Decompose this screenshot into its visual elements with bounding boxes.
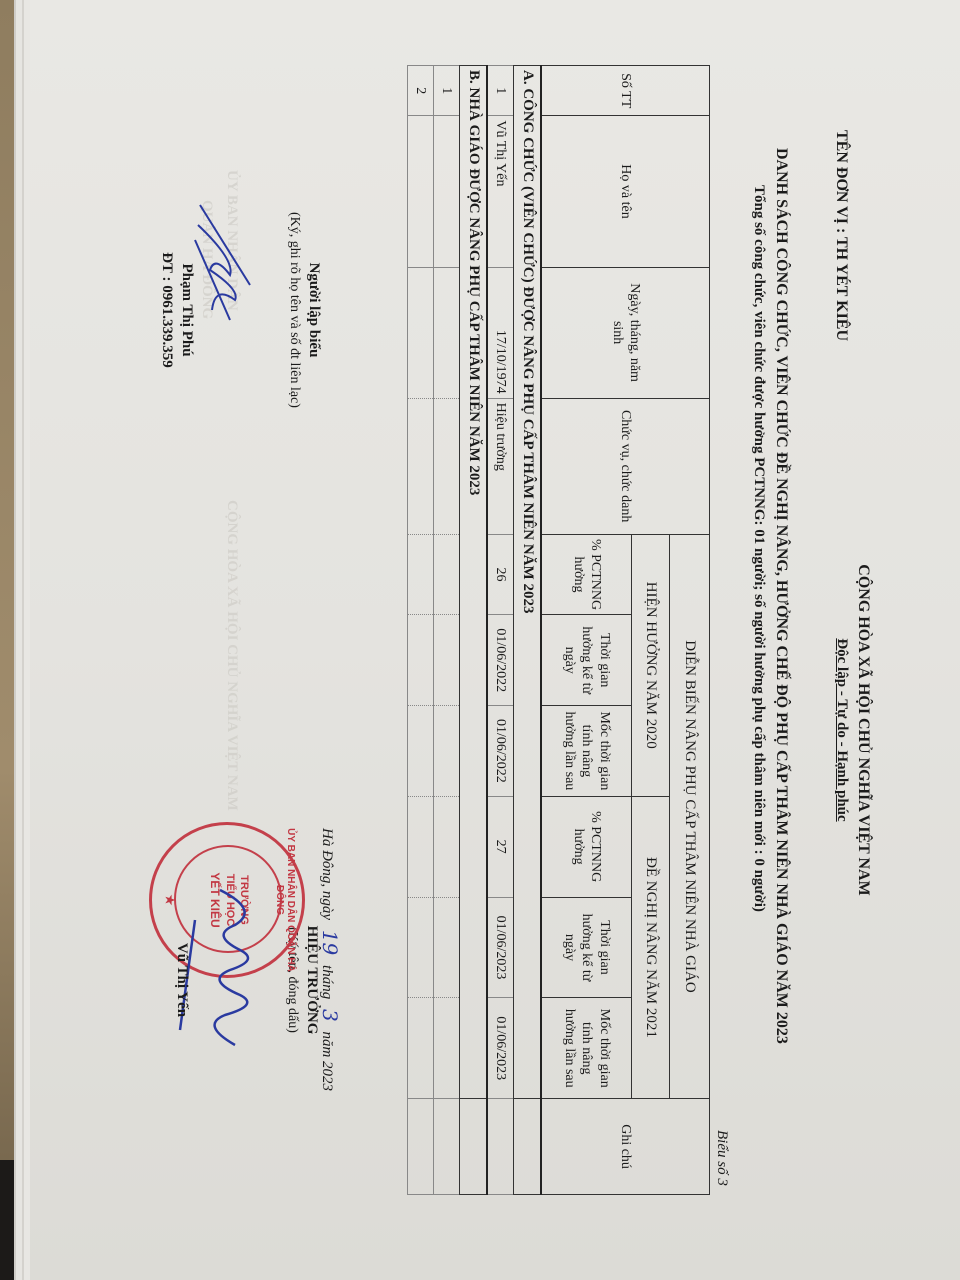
section-a-note-cell bbox=[514, 1099, 542, 1195]
national-title: CỘNG HÒA XÃ HỘI CHỦ NGHĨA VIỆT NAM bbox=[854, 520, 872, 940]
cell-next-current: 01/06/2022 bbox=[488, 706, 514, 797]
header-stt: Số TT bbox=[542, 66, 710, 116]
section-b-note-cell bbox=[460, 1099, 488, 1195]
section-b-heading: B. NHÀ GIÁO ĐƯỢC NÂNG PHỤ CẤP THÂM NIÊN … bbox=[460, 66, 488, 1099]
preparer-signature-icon bbox=[190, 200, 260, 340]
unit-name: TÊN ĐƠN VỊ : TH YÉT KIÊU bbox=[832, 130, 850, 341]
cell-note bbox=[408, 1099, 434, 1195]
header-note: Ghi chú bbox=[542, 1099, 710, 1195]
header-position: Chức vụ, chức danh bbox=[542, 398, 710, 534]
cell-next-current bbox=[408, 706, 434, 797]
cell-pct-proposed: 27 bbox=[488, 796, 514, 897]
allowance-table: Số TT Họ và tên Ngày, tháng, năm sinh Ch… bbox=[407, 65, 710, 1195]
year-label: năm 2023 bbox=[319, 1031, 335, 1091]
cell-pct-current: 26 bbox=[488, 534, 514, 615]
cell-from-current: 01/06/2022 bbox=[488, 615, 514, 706]
cell-from-proposed: 01/06/2023 bbox=[488, 897, 514, 998]
cell-pct-current bbox=[434, 534, 460, 615]
cell-position bbox=[408, 398, 434, 534]
cell-stt: 1 bbox=[488, 66, 514, 116]
national-motto: Độc lập - Tự do - Hạnh phúc bbox=[833, 520, 850, 940]
cell-from-current bbox=[434, 615, 460, 706]
header-next-current: Mốc thời gian tính nâng hưởng lần sau bbox=[542, 706, 632, 797]
place-date: Hà Đông, ngày 19 tháng 3 năm 2023 bbox=[318, 828, 342, 1091]
table-row: 1 bbox=[434, 66, 460, 1195]
document-title: DANH SÁCH CÔNG CHỨC, VIÊN CHỨC ĐỀ NGHỊ N… bbox=[772, 148, 790, 1044]
cell-next-proposed: 01/06/2023 bbox=[488, 998, 514, 1099]
bleed-through-text: CỘNG HÒA XÃ HỘI CHỦ NGHĨA VIỆT NAM bbox=[223, 500, 240, 811]
cell-next-proposed bbox=[408, 998, 434, 1099]
cell-position bbox=[434, 398, 460, 534]
header-allowance-group: DIỄN BIẾN NÂNG PHỤ CẤP THÂM NIÊN NHÀ GIÁ… bbox=[670, 534, 710, 1098]
header-proposed: ĐỀ NGHỊ NÂNG NĂM 2021 bbox=[632, 796, 670, 1098]
cell-name: Vũ Thị Yến bbox=[488, 116, 514, 267]
handwritten-day: 19 bbox=[318, 924, 342, 961]
cell-from-proposed bbox=[408, 897, 434, 998]
cell-from-proposed bbox=[434, 897, 460, 998]
cell-note bbox=[488, 1099, 514, 1195]
cell-dob bbox=[434, 267, 460, 398]
table-row: 1 Vũ Thị Yến 17/10/1974 Hiệu trưởng 26 0… bbox=[488, 66, 514, 1195]
header-from-current: Thời gian hưởng kể từ ngày bbox=[542, 615, 632, 706]
header-pct-current: % PCTNNG hưởng bbox=[542, 534, 632, 615]
cell-stt: 1 bbox=[434, 66, 460, 116]
principal-name: Vũ Thị Yến bbox=[173, 880, 190, 1080]
header-next-proposed: Mốc thời gian tính nâng hưởng lần sau bbox=[542, 998, 632, 1099]
cell-pct-current bbox=[408, 534, 434, 615]
motto-text: Độc lập - Tự do - Hạnh phúc bbox=[834, 638, 850, 821]
principal-title: HIỆU TRƯỞNG bbox=[303, 880, 320, 1080]
cell-pct-proposed bbox=[434, 796, 460, 897]
month-label: tháng bbox=[319, 965, 335, 999]
header-from-proposed: Thời gian hưởng kể từ ngày bbox=[542, 897, 632, 998]
header-current: HIỆN HƯỞNG NĂM 2020 bbox=[632, 534, 670, 796]
section-a-heading: A. CÔNG CHỨC (VIÊN CHỨC) ĐƯỢC NÂNG PHỤ C… bbox=[514, 66, 542, 1099]
cell-pct-proposed bbox=[408, 796, 434, 897]
cell-name bbox=[408, 116, 434, 267]
cell-name bbox=[434, 116, 460, 267]
cell-stt: 2 bbox=[408, 66, 434, 116]
handwritten-month: 3 bbox=[318, 1003, 342, 1028]
cell-next-proposed bbox=[434, 998, 460, 1099]
preparer-title: Người lập biểu bbox=[305, 180, 322, 440]
form-number: Biểu số 3 bbox=[713, 1130, 730, 1186]
table-row: 2 bbox=[408, 66, 434, 1195]
cell-dob: 17/10/1974 bbox=[488, 267, 514, 398]
document-subtitle: Tổng số công chức, viên chức được hưởng … bbox=[750, 185, 767, 912]
cell-position: Hiệu trưởng bbox=[488, 398, 514, 534]
cell-dob bbox=[408, 267, 434, 398]
cell-next-current bbox=[434, 706, 460, 797]
header-pct-proposed: % PCTNNG hưởng bbox=[542, 796, 632, 897]
cell-from-current bbox=[408, 615, 434, 706]
cell-note bbox=[434, 1099, 460, 1195]
preparer-name: Phạm Thị Phú bbox=[178, 180, 195, 440]
document-page: ỦY BAN NHÂN DÂN CỘNG HÒA XÃ HỘI CHỦ NGHĨ… bbox=[30, 0, 960, 1280]
header-dob: Ngày, tháng, năm sinh bbox=[542, 267, 710, 398]
preparer-note: (Ký, ghi rõ họ tên và số đt liên lạc) bbox=[286, 180, 302, 440]
date-prefix: Hà Đông, ngày bbox=[319, 828, 335, 920]
header-name: Họ và tên bbox=[542, 116, 710, 267]
preparer-phone: ĐT : 0961.339.359 bbox=[158, 180, 175, 440]
